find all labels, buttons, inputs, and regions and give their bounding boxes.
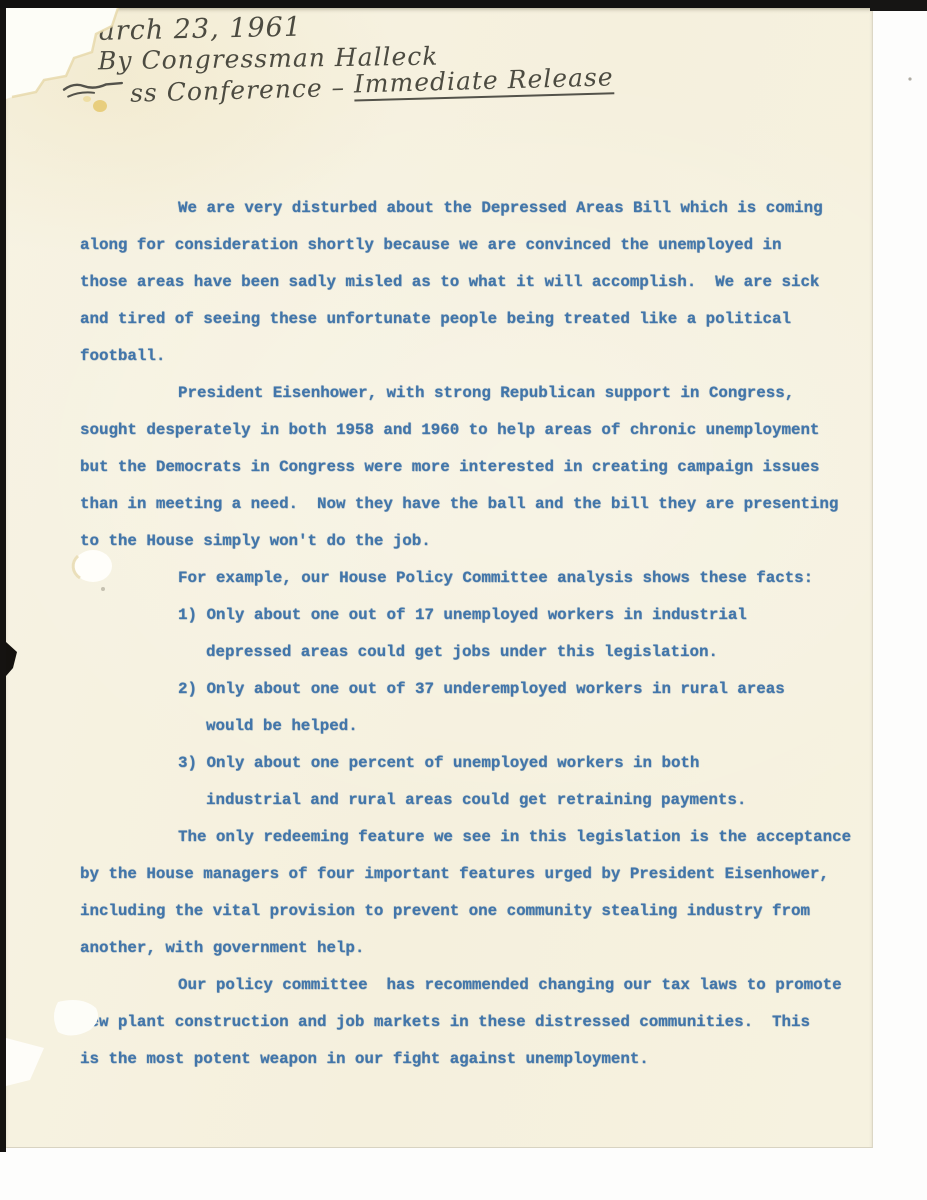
document-line: The only redeeming feature we see in thi… bbox=[80, 819, 870, 856]
left-scan-strip bbox=[0, 0, 6, 1152]
squiggle-mark bbox=[62, 80, 127, 102]
release-underline: Immediate Release bbox=[354, 62, 615, 101]
document-line: depressed areas could get jobs under thi… bbox=[80, 634, 870, 671]
document-line: new plant construction and job markets i… bbox=[80, 1004, 870, 1041]
document-line: We are very disturbed about the Depresse… bbox=[80, 190, 870, 227]
typewritten-body: We are very disturbed about the Depresse… bbox=[80, 190, 870, 1078]
document-line: For example, our House Policy Committee … bbox=[80, 560, 870, 597]
document-line: is the most potent weapon in our fight a… bbox=[80, 1041, 870, 1078]
margin-speck bbox=[908, 77, 911, 80]
document-line: including the vital provision to prevent… bbox=[80, 893, 870, 930]
document-line: those areas have been sadly misled as to… bbox=[80, 264, 870, 301]
scan-background: March 23, 1961 By Congressman Halleck ss… bbox=[0, 0, 927, 1200]
paper: March 23, 1961 By Congressman Halleck ss… bbox=[6, 8, 873, 1148]
document-line: but the Democrats in Congress were more … bbox=[80, 449, 870, 486]
document-line: 2) Only about one out of 37 underemploye… bbox=[80, 671, 870, 708]
document-line: President Eisenhower, with strong Republ… bbox=[80, 375, 870, 412]
document-line: than in meeting a need. Now they have th… bbox=[80, 486, 870, 523]
release-prefix: ss Conference – bbox=[130, 73, 355, 108]
top-scan-bar bbox=[0, 0, 927, 8]
document-line: 1) Only about one out of 17 unemployed w… bbox=[80, 597, 870, 634]
document-line: sought desperately in both 1958 and 1960… bbox=[80, 412, 870, 449]
handwritten-date: March 23, 1961 bbox=[70, 12, 303, 48]
document-line: another, with government help. bbox=[80, 930, 870, 967]
document-line: and tired of seeing these unfortunate pe… bbox=[80, 301, 870, 338]
document-line: industrial and rural areas could get ret… bbox=[80, 782, 870, 819]
document-line: 3) Only about one percent of unemployed … bbox=[80, 745, 870, 782]
document-line: would be helped. bbox=[80, 708, 870, 745]
top-scan-bar-right bbox=[870, 0, 927, 11]
document-line: to the House simply won't do the job. bbox=[80, 523, 870, 560]
document-line: along for consideration shortly because … bbox=[80, 227, 870, 264]
document-line: Our policy committee has recommended cha… bbox=[80, 967, 870, 1004]
document-line: by the House managers of four important … bbox=[80, 856, 870, 893]
document-line: football. bbox=[80, 338, 870, 375]
